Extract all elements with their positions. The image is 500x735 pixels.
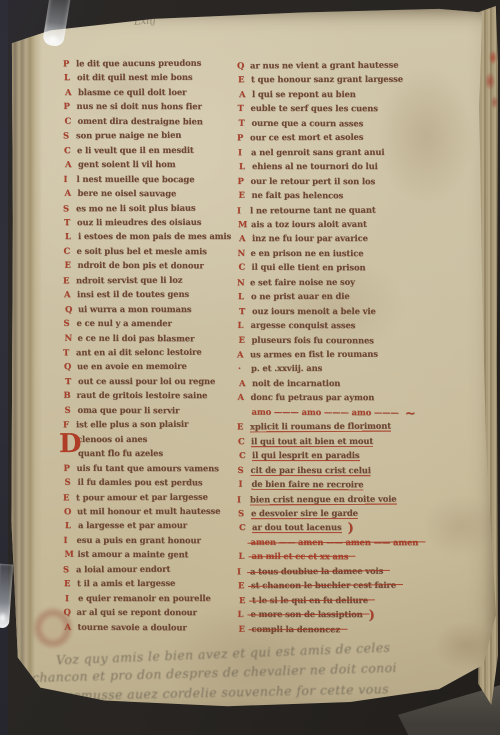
line-initial: O bbox=[64, 506, 77, 516]
line-initial: A bbox=[65, 87, 78, 97]
text-line: Al qui se repont au bien bbox=[239, 89, 356, 103]
line-initial: A bbox=[65, 159, 78, 169]
text-line: Il nest mueille que bocage bbox=[63, 173, 194, 187]
line-initial: I bbox=[237, 205, 250, 215]
text-line: Sa loial amour endort bbox=[63, 564, 170, 579]
line-text: compli la denoncez bbox=[251, 623, 340, 633]
line-initial: S bbox=[64, 477, 77, 487]
line-text: noit de incarnation bbox=[252, 378, 340, 388]
line-initial: E bbox=[238, 75, 251, 85]
text-line: Endroit servist que li loz bbox=[63, 274, 182, 289]
line-initial: L bbox=[237, 320, 250, 330]
line-text: ar al qui se repont donour bbox=[76, 607, 196, 617]
text-line: Endroit de bon pis et donour bbox=[64, 260, 203, 275]
text-line: Et pour amour et par largesse bbox=[63, 491, 208, 506]
text-line: Sson prue naige ne bien bbox=[63, 130, 181, 145]
line-text: raut de gritois lestoire saine bbox=[76, 390, 207, 400]
line-text: cit de par ihesu crist celui bbox=[250, 464, 370, 474]
line-text: e li veult que il en mesdit bbox=[77, 145, 194, 155]
line-text: quant flo fu azeles bbox=[78, 448, 163, 458]
text-line: Epluseurs fois fu couronnes bbox=[238, 334, 373, 349]
line-text: out ce aussi pour loi ou regne bbox=[78, 376, 215, 386]
line-initial: C bbox=[238, 262, 251, 272]
line-text: e desvoier sire le garde bbox=[251, 508, 358, 518]
text-line: Ce soit plus bel et mesle amis bbox=[63, 246, 206, 260]
text-line: Cil qui tout ait bien et mout bbox=[238, 436, 373, 450]
line-text: de bien faire ne recroire bbox=[251, 479, 363, 490]
red-flourish: ) bbox=[369, 608, 375, 623]
line-text: argesse conquist asses bbox=[250, 320, 355, 330]
line-text: clenoos oi anes bbox=[77, 434, 147, 444]
line-text: i estoes de mon pais de mes amis bbox=[78, 231, 231, 241]
text-line: Se desvoier sire le garde bbox=[238, 508, 358, 522]
text-line: Out mil honour et mult hautesse bbox=[64, 506, 220, 520]
line-text: inz ne fu iour par avarice bbox=[252, 233, 368, 243]
line-initial: T bbox=[239, 306, 252, 316]
line-text: a tous doubiue la damee vois bbox=[250, 565, 383, 576]
line-initial: L bbox=[64, 73, 77, 83]
line-text: il fu damies pou est perdus bbox=[77, 477, 202, 488]
line-initial: M bbox=[64, 549, 77, 559]
line-text: ouz iours menoit a bele vie bbox=[252, 306, 376, 316]
text-line: Scit de par ihesu crist celui bbox=[237, 464, 370, 478]
red-flourish: ~ bbox=[405, 406, 416, 421]
line-text: pluseurs fois fu couronnes bbox=[251, 334, 373, 345]
line-text: amo ——— amo ——— amo ——— bbox=[251, 406, 398, 417]
line-text: xplicit li roumans de florimont bbox=[250, 421, 391, 432]
line-text: son prue naige ne bien bbox=[76, 130, 181, 141]
line-text: ut mil honour et mult hautesse bbox=[77, 506, 220, 516]
text-line: Ce li veult que il en mesdit bbox=[64, 145, 194, 159]
text-line: Li estoes de mon pais de mes amis bbox=[65, 231, 231, 245]
text-line: Pour ce est mort et asoles bbox=[237, 132, 363, 147]
text-line: Ene fait pas helencos bbox=[238, 190, 343, 205]
line-text: il qui tout ait bien et mout bbox=[251, 436, 373, 446]
line-initial: N bbox=[237, 248, 250, 258]
line-text: le dit que aucuns preudons bbox=[76, 58, 201, 69]
text-line: Est chancon le buchier cest faire bbox=[238, 580, 396, 594]
line-initial: A bbox=[239, 233, 252, 243]
line-text: a nel genroit sans grant anui bbox=[251, 146, 384, 156]
text-line: Ia tous doubiue la damee vois bbox=[237, 565, 383, 580]
text-line: Ne ce ne li doi pas blasmer bbox=[64, 332, 194, 347]
text-line: La largesse et par amour bbox=[65, 520, 187, 534]
line-text: donc fu petraus par aymon bbox=[250, 392, 374, 402]
text-line: Explicit li roumans de florimont bbox=[237, 421, 391, 436]
text-line: Le more son de lassiption) bbox=[237, 609, 374, 623]
line-text: oit dit quil nest mie bons bbox=[77, 72, 192, 82]
line-initial: S bbox=[238, 508, 251, 518]
line-text: l qui se repont au bien bbox=[252, 89, 356, 99]
text-line: Mais a toz iours aloit avant bbox=[238, 219, 367, 233]
line-text: e en prison ne en iustice bbox=[250, 248, 363, 258]
line-initial: B bbox=[63, 390, 76, 400]
text-line: Qar nus ne vient a grant hautesse bbox=[237, 60, 398, 75]
line-text: oment dira destraigne bien bbox=[77, 116, 202, 127]
line-initial: S bbox=[63, 131, 76, 141]
manuscript-page: Lxiij Ple dit que aucuns preudonsLoit di… bbox=[6, 6, 498, 722]
line-text: es mo ne li soit plus biaus bbox=[76, 202, 196, 213]
line-initial: E bbox=[237, 422, 250, 432]
text-line: Se ce nul y a amender bbox=[63, 318, 171, 332]
line-text: ais a toz iours aloit avant bbox=[251, 219, 367, 229]
text-line: Fist elle plus a son plaisir bbox=[63, 419, 188, 434]
line-text: il qui elle tient en prison bbox=[251, 262, 365, 273]
line-text: a loial amour endort bbox=[76, 564, 170, 574]
line-text: ist elle plus a son plaisir bbox=[76, 419, 188, 430]
text-line: Ne en prison ne en iustice bbox=[237, 248, 363, 262]
line-initial: E bbox=[63, 492, 76, 502]
line-text: blasme ce quil doit loer bbox=[78, 87, 186, 97]
line-initial: P bbox=[237, 133, 250, 143]
text-line: Dclenoos oi anes bbox=[64, 434, 147, 448]
text-line: Ibien crist nengue en droite voie bbox=[237, 493, 397, 508]
text-line: Lo ne prist auar en die bbox=[238, 291, 350, 305]
text-line: amo ——— amo ——— amo ———~ bbox=[238, 406, 415, 421]
line-initial: E bbox=[64, 578, 77, 588]
line-initial: A bbox=[237, 349, 250, 359]
text-line: Qui wurra a mon roumans bbox=[65, 304, 191, 318]
text-line: Iesu a puis en grant honour bbox=[63, 535, 200, 549]
line-text: il qui lesprit en paradis bbox=[252, 450, 360, 460]
line-initial: P bbox=[63, 58, 76, 68]
line-initial: C bbox=[239, 522, 252, 532]
text-line: Lan mil et cc et xx ans bbox=[238, 551, 348, 566]
line-text: esu a puis en grant honour bbox=[76, 535, 200, 545]
line-initial: E bbox=[238, 623, 251, 633]
text-line: Ide bien faire ne recroire bbox=[238, 479, 363, 494]
line-initial: Q bbox=[65, 304, 78, 314]
line-text: our le retour pert il son los bbox=[250, 175, 375, 185]
text-line: Qar al qui se repont donour bbox=[63, 607, 196, 621]
line-text: l ne retourne tant ne quant bbox=[250, 204, 376, 215]
text-line: Braut de gritois lestoire saine bbox=[63, 390, 207, 404]
line-initial: E bbox=[238, 190, 251, 200]
line-text: euble te serf ques les cuens bbox=[250, 103, 377, 113]
text-line: Ie quier remanoir en pourelle bbox=[65, 593, 211, 607]
line-initial: I bbox=[237, 494, 250, 504]
text-line: Aus armes en fist le roumans bbox=[237, 349, 378, 364]
line-text: bere ne oisel sauvage bbox=[77, 188, 176, 199]
right-column: Qar nus ne vient a grant hautesseEt que … bbox=[238, 60, 454, 640]
text-line: Cil qui lesprit en paradis bbox=[239, 450, 360, 464]
line-text: e ce ne li doi pas blasmer bbox=[77, 332, 194, 343]
text-line: Largesse conquist asses bbox=[237, 320, 355, 334]
line-text: insi est il de toutes gens bbox=[77, 289, 189, 299]
line-initial: Q bbox=[237, 60, 250, 70]
line-initial: L bbox=[65, 520, 78, 530]
text-line: Et il a amis et largesse bbox=[64, 578, 175, 592]
line-text: ui wurra a mon roumans bbox=[78, 304, 191, 314]
text-line: Tant en ai dit selonc lestoire bbox=[63, 347, 202, 362]
line-initial: P bbox=[63, 462, 76, 472]
line-initial: I bbox=[238, 147, 251, 157]
line-initial: I bbox=[63, 535, 76, 545]
line-initial: I bbox=[63, 173, 76, 183]
text-line: Car dou tout lacenus) bbox=[239, 522, 354, 536]
line-initial: A bbox=[239, 378, 252, 388]
text-line: Teuble te serf ques les cuens bbox=[237, 103, 377, 117]
line-initial: T bbox=[65, 376, 78, 386]
text-line: Ablasme ce quil doit loer bbox=[65, 87, 186, 101]
text-line: Pnus ne si doit nus hons fier bbox=[63, 101, 201, 115]
text-line: Ple dit que aucuns preudons bbox=[63, 58, 201, 73]
manuscript-photo: Lxiij Ple dit que aucuns preudonsLoit di… bbox=[0, 0, 500, 735]
plastic-tab-bottom bbox=[0, 564, 13, 629]
line-text: a largesse et par amour bbox=[78, 520, 187, 530]
line-initial: E bbox=[63, 275, 76, 285]
text-line: Agent soient li vil hom bbox=[65, 159, 176, 173]
line-text: nus ne si doit nus hons fier bbox=[76, 101, 201, 111]
round-stain-mark bbox=[28, 602, 78, 654]
line-text: ndroit de bon pis et donour bbox=[77, 260, 203, 271]
text-line: Que en avoie en memoire bbox=[64, 361, 187, 375]
line-initial: M bbox=[238, 219, 251, 229]
line-text: t le si le qui en fu deliure bbox=[252, 595, 368, 605]
text-line: Anoit de incarnation bbox=[239, 378, 340, 392]
text-line: Tout ce aussi pour loi ou regne bbox=[65, 376, 215, 390]
text-line: Et le si le qui en fu deliure bbox=[239, 595, 368, 609]
line-text: ar dou tout lacenus bbox=[252, 522, 342, 532]
line-text: ouz li mieudres des oisiaus bbox=[77, 217, 201, 227]
line-text: ourne que a courn asses bbox=[251, 118, 363, 129]
line-initial: C bbox=[63, 246, 76, 256]
text-line: Loit dit quil nest mie bons bbox=[64, 72, 192, 86]
line-text: our ce est mort et asoles bbox=[250, 132, 363, 143]
line-text: ehiens al ne tournori do lui bbox=[252, 161, 378, 171]
line-initial: A bbox=[239, 89, 252, 99]
text-line: ·p. et .xxviij. ans bbox=[238, 363, 322, 377]
line-initial: S bbox=[64, 404, 77, 414]
line-initial: P bbox=[63, 101, 76, 111]
line-initial: T bbox=[63, 347, 76, 357]
red-decoration-showthrough bbox=[484, 46, 499, 110]
text-line: Mist amour a mainte gent bbox=[64, 549, 188, 564]
line-text: tourne savoie a doulour bbox=[77, 621, 186, 632]
line-initial: T bbox=[237, 103, 250, 113]
line-initial: A bbox=[64, 289, 77, 299]
red-flourish: ) bbox=[348, 521, 354, 536]
line-text: an mil et cc et xx ans bbox=[251, 551, 348, 562]
text-line: Coment dira destraigne bien bbox=[64, 115, 202, 130]
line-initial: S bbox=[63, 564, 76, 574]
annotation-line: et ce al Rentadinoz bbox=[258, 702, 402, 722]
line-initial: C bbox=[64, 115, 77, 125]
text-line: Touz iours menoit a bele vie bbox=[239, 306, 376, 320]
line-text: oma que pour li servir bbox=[77, 405, 179, 416]
line-initial: Q bbox=[64, 362, 77, 372]
line-text: ist amour a mainte gent bbox=[77, 549, 188, 560]
line-initial: E bbox=[64, 260, 77, 270]
line-text: ar nus ne vient a grant hautesse bbox=[250, 60, 398, 71]
line-text: ue en avoie en memoire bbox=[77, 361, 187, 371]
line-initial: A bbox=[237, 392, 250, 402]
line-initial: E bbox=[239, 595, 252, 605]
line-initial: E bbox=[238, 334, 251, 344]
line-text: ndroit servist que li loz bbox=[76, 274, 182, 285]
text-line: Abere ne oisel sauvage bbox=[64, 188, 176, 203]
text-line: Ainz ne fu iour par avarice bbox=[239, 233, 368, 247]
line-text: e soit plus bel et mesle amis bbox=[76, 246, 206, 256]
line-text: amen —— amen —— amen —— amen bbox=[250, 537, 418, 547]
line-text: t pour amour et par largesse bbox=[76, 491, 208, 502]
line-initial: A bbox=[64, 188, 77, 198]
line-text: st chancon le buchier cest faire bbox=[251, 580, 396, 590]
line-text: ant en ai dit selonc lestoire bbox=[76, 347, 202, 358]
text-line: Tourne que a courn asses bbox=[238, 117, 363, 132]
line-initial: C bbox=[64, 145, 77, 155]
line-text: e more son de lassiption bbox=[250, 609, 362, 619]
annotation-line: vault asmusse auez cordelie souvenche fo… bbox=[28, 681, 389, 704]
line-initial: T bbox=[238, 117, 251, 127]
line-text: o ne prist auar en die bbox=[251, 291, 350, 301]
line-text: t que honour sanz grant largesse bbox=[251, 74, 403, 84]
left-column: Ple dit que aucuns preudonsLoit dit quil… bbox=[64, 58, 242, 638]
text-line: Lehiens al ne tournori do lui bbox=[239, 161, 378, 175]
line-text: gent soient li vil hom bbox=[78, 159, 176, 169]
line-initial: L bbox=[65, 231, 78, 241]
line-initial: I bbox=[65, 593, 78, 603]
line-text: us armes en fist le roumans bbox=[250, 349, 378, 360]
line-text: e set faire noise ne soy bbox=[250, 276, 355, 287]
line-initial: I bbox=[238, 479, 251, 489]
text-line: Puis fu tant que amours vamens bbox=[63, 462, 218, 476]
line-initial: S bbox=[237, 464, 250, 474]
text-line: Sil fu damies pou est perdus bbox=[64, 477, 202, 492]
line-initial: N bbox=[237, 277, 250, 287]
line-text: bien crist nengue en droite voie bbox=[250, 493, 397, 504]
line-text: ne fait pas helencos bbox=[251, 190, 343, 200]
text-line: Soma que pour li servir bbox=[64, 404, 179, 419]
line-text: uis fu tant que amours vamens bbox=[76, 462, 218, 472]
text-line: Ne set faire noise ne soy bbox=[237, 276, 355, 291]
line-text: e quier remanoir en pourelle bbox=[78, 593, 211, 603]
text-line: Atourne savoie a doulour bbox=[64, 621, 186, 636]
line-initial: L bbox=[238, 291, 251, 301]
text-line: amen —— amen —— amen —— amen bbox=[237, 537, 418, 551]
text-line: Ses mo ne li soit plus biaus bbox=[63, 202, 196, 217]
text-line: quant flo fu azeles bbox=[65, 448, 163, 462]
line-initial: S bbox=[63, 318, 76, 328]
line-initial: · bbox=[238, 363, 251, 373]
line-initial: L bbox=[239, 161, 252, 171]
line-initial: T bbox=[64, 217, 77, 227]
line-text: e ce nul y a amender bbox=[76, 318, 171, 328]
text-line: Cil qui elle tient en prison bbox=[238, 262, 365, 277]
text-line: Adonc fu petraus par aymon bbox=[237, 392, 374, 406]
text-line: Ia nel genroit sans grant anui bbox=[238, 146, 384, 160]
line-initial: P bbox=[237, 175, 250, 185]
text-line: Et que honour sanz grant largesse bbox=[238, 74, 403, 88]
text-line: Pour le retour pert il son los bbox=[237, 175, 375, 189]
line-initial: C bbox=[238, 436, 251, 446]
line-text: l nest mueille que bocage bbox=[76, 173, 194, 183]
text-line: Ecompli la denoncez bbox=[238, 623, 340, 638]
line-initial: S bbox=[63, 203, 76, 213]
folio-number: Lxiij bbox=[134, 15, 156, 27]
text-line: Il ne retourne tant ne quant bbox=[237, 204, 376, 219]
line-initial: C bbox=[239, 450, 252, 460]
text-line: Touz li mieudres des oisiaus bbox=[64, 217, 201, 231]
line-text: t il a amis et largesse bbox=[77, 578, 175, 588]
text-line: Ainsi est il de toutes gens bbox=[64, 289, 189, 303]
line-text: p. et .xxviij. ans bbox=[251, 363, 322, 373]
line-initial: N bbox=[64, 332, 77, 342]
